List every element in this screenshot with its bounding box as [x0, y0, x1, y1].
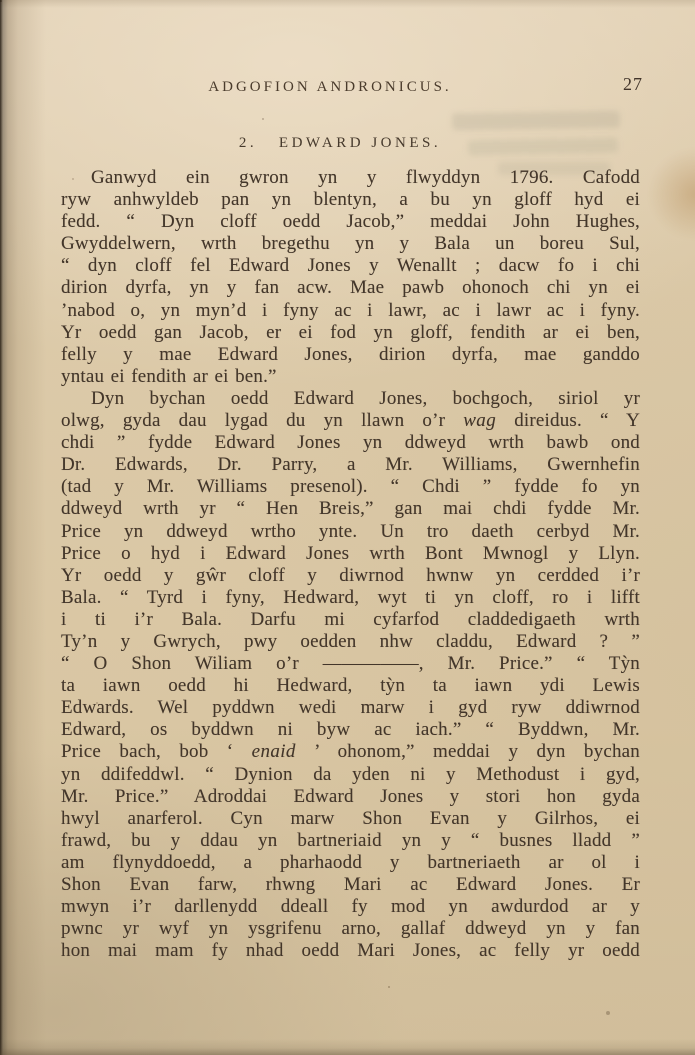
text-segment: “ O Shon Wiliam o’r —————, Mr. Price.” “…	[61, 653, 640, 674]
book-page-scan: ADGOFION ANDRONICUS. 27 2. EDWARD JONES.…	[0, 0, 695, 1055]
text-segment: Mr. Price.” Adroddai Edward Jones y stor…	[61, 786, 640, 807]
text-segment: yntau ei fendith ar ei ben.”	[61, 366, 277, 387]
text-segment: Yr oedd gan Jacob, er ei fod yn gloff, f…	[61, 322, 640, 343]
text-line: i ti i’r Bala. Darfu mi cyfarfod cladded…	[61, 609, 640, 631]
text-segment: Edwards. Wel pyddwn wedi marw i gyd ryw …	[61, 697, 640, 718]
text-segment: felly y mae Edward Jones, dirion dyrfa, …	[61, 344, 640, 365]
text-segment: ta iawn oedd hi Hedward, tỳn ta iawn ydi…	[61, 675, 640, 696]
text-segment: ’ ohonom,” meddai y dyn bychan	[296, 741, 640, 762]
text-line: Gwyddelwern, wrth bregethu yn y Bala un …	[61, 233, 640, 255]
text-line: hon mai mam fy nhad oedd Mari Jones, ac …	[61, 940, 640, 962]
text-segment: Price bach, bob ‘	[61, 741, 252, 762]
text-line: Ganwyd ein gwron yn y flwyddyn 1796. Caf…	[61, 167, 640, 189]
text-line: Bala. “ Tyrd i fyny, Hedward, wyt ti yn …	[61, 587, 640, 609]
text-line: yn ddifeddwl. “ Dynion da yden ni y Meth…	[61, 764, 640, 786]
text-segment: am flynyddoedd, a pharhaodd y bartneriae…	[61, 852, 640, 873]
text-line: am flynyddoedd, a pharhaodd y bartneriae…	[61, 852, 640, 874]
text-segment: hwyl anarferol. Cyn marw Shon Evan y Gil…	[61, 808, 640, 829]
text-segment: Price o hyd i Edward Jones wrth Bont Mwn…	[61, 543, 640, 564]
text-line: yntau ei fendith ar ei ben.”	[61, 366, 640, 388]
text-line: “ dyn cloff fel Edward Jones y Wenallt ;…	[61, 255, 640, 277]
text-line: Yr oedd y gŵr cloff y diwrnod hwnw yn ce…	[61, 565, 640, 587]
text-segment: chdi ” fydde Edward Jones yn ddweyd wrth…	[61, 432, 640, 453]
text-line: dirion dyrfa, yn y fan acw. Mae pawb oho…	[61, 277, 640, 299]
text-line: ’nabod o, yn myn’d i fyny ac i lawr, ac …	[61, 300, 640, 322]
text-line: Yr oedd gan Jacob, er ei fod yn gloff, f…	[61, 322, 640, 344]
text-line: Shon Evan farw, rhwng Mari ac Edward Jon…	[61, 874, 640, 896]
italic-text: enaid	[252, 741, 296, 762]
paper-stain	[648, 148, 695, 240]
text-line: Price yn ddweyd wrtho ynte. Un tro daeth…	[61, 521, 640, 543]
page-bottom-shadow	[0, 1039, 695, 1055]
text-segment: ryw anhwyldeb pan yn blentyn, a bu yn gl…	[61, 189, 640, 210]
text-segment: Ty’n y Gwrych, pwy oedden nhw claddu, Ed…	[61, 631, 640, 652]
text-line: mwyn i’r darllenydd ddeall fy mod yn awd…	[61, 896, 640, 918]
text-line: Ty’n y Gwrych, pwy oedden nhw claddu, Ed…	[61, 631, 640, 653]
paper-specks	[0, 0, 2, 2]
text-line: ryw anhwyldeb pan yn blentyn, a bu yn gl…	[61, 189, 640, 211]
text-segment: ’nabod o, yn myn’d i fyny ac i lawr, ac …	[61, 300, 640, 321]
text-line: fedd. “ Dyn cloff oedd Jacob,” meddai Jo…	[61, 211, 640, 233]
text-segment: fedd. “ Dyn cloff oedd Jacob,” meddai Jo…	[61, 211, 640, 232]
ink-showthrough-mark	[452, 111, 620, 131]
text-segment: Shon Evan farw, rhwng Mari ac Edward Jon…	[61, 874, 640, 895]
text-segment: Dyn bychan oedd Edward Jones, bochgoch, …	[91, 388, 640, 409]
text-line: chdi ” fydde Edward Jones yn ddweyd wrth…	[61, 432, 640, 454]
text-segment: Bala. “ Tyrd i fyny, Hedward, wyt ti yn …	[61, 587, 640, 608]
page-number: 27	[623, 74, 643, 95]
text-line: Mr. Price.” Adroddai Edward Jones y stor…	[61, 786, 640, 808]
text-line: Edwards. Wel pyddwn wedi marw i gyd ryw …	[61, 697, 640, 719]
text-segment: (tad y Mr. Williams presenol). “ Chdi ” …	[61, 476, 640, 497]
text-segment: dirion dyrfa, yn y fan acw. Mae pawb oho…	[61, 277, 640, 298]
text-line: (tad y Mr. Williams presenol). “ Chdi ” …	[61, 476, 640, 498]
text-segment: yn ddifeddwl. “ Dynion da yden ni y Meth…	[61, 764, 640, 785]
text-segment: olwg, gyda dau lygad du yn llawn o’r	[61, 410, 463, 431]
text-segment: ddweyd wrth yr “ Hen Breis,” gan mai chd…	[61, 498, 640, 519]
text-segment: Yr oedd y gŵr cloff y diwrnod hwnw yn ce…	[61, 565, 640, 586]
page-top-shading	[0, 0, 695, 8]
text-segment: i ti i’r Bala. Darfu mi cyfarfod cladded…	[61, 609, 640, 630]
text-line: pwnc yr wyf yn ysgrifenu arno, gallaf dd…	[61, 918, 640, 940]
text-segment: frawd, bu y ddau yn bartneriaid yn y “ b…	[61, 830, 640, 851]
text-line: olwg, gyda dau lygad du yn llawn o’r wag…	[61, 410, 640, 432]
text-line: Dr. Edwards, Dr. Parry, a Mr. Williams, …	[61, 454, 640, 476]
text-line: ta iawn oedd hi Hedward, tỳn ta iawn ydi…	[61, 675, 640, 697]
section-heading: 2. EDWARD JONES.	[60, 135, 620, 152]
text-segment: pwnc yr wyf yn ysgrifenu arno, gallaf dd…	[61, 918, 640, 939]
text-segment: Price yn ddweyd wrtho ynte. Un tro daeth…	[61, 521, 640, 542]
text-line: frawd, bu y ddau yn bartneriaid yn y “ b…	[61, 830, 640, 852]
text-line: “ O Shon Wiliam o’r —————, Mr. Price.” “…	[61, 653, 640, 675]
text-segment: mwyn i’r darllenydd ddeall fy mod yn awd…	[61, 896, 640, 917]
page-left-edge-shadow	[0, 0, 46, 1055]
text-line: ddweyd wrth yr “ Hen Breis,” gan mai chd…	[61, 498, 640, 520]
text-segment: Edward, os byddwn ni byw ac iach.” “ Byd…	[61, 719, 640, 740]
body-text: Ganwyd ein gwron yn y flwyddyn 1796. Caf…	[61, 167, 640, 962]
text-segment: Gwyddelwern, wrth bregethu yn y Bala un …	[61, 233, 640, 254]
text-segment: “ dyn cloff fel Edward Jones y Wenallt ;…	[61, 255, 640, 276]
italic-text: wag	[463, 410, 496, 431]
text-segment: hon mai mam fy nhad oedd Mari Jones, ac …	[61, 940, 640, 961]
text-line: felly y mae Edward Jones, dirion dyrfa, …	[61, 344, 640, 366]
text-line: hwyl anarferol. Cyn marw Shon Evan y Gil…	[61, 808, 640, 830]
text-segment: direidus. “ Y	[496, 410, 640, 431]
running-head: ADGOFION ANDRONICUS.	[60, 79, 600, 96]
text-segment: Ganwyd ein gwron yn y flwyddyn 1796. Caf…	[91, 167, 640, 188]
text-line: Price o hyd i Edward Jones wrth Bont Mwn…	[61, 543, 640, 565]
text-line: Edward, os byddwn ni byw ac iach.” “ Byd…	[61, 719, 640, 741]
text-segment: Dr. Edwards, Dr. Parry, a Mr. Williams, …	[61, 454, 640, 475]
text-line: Dyn bychan oedd Edward Jones, bochgoch, …	[61, 388, 640, 410]
text-line: Price bach, bob ‘ enaid ’ ohonom,” medda…	[61, 741, 640, 763]
